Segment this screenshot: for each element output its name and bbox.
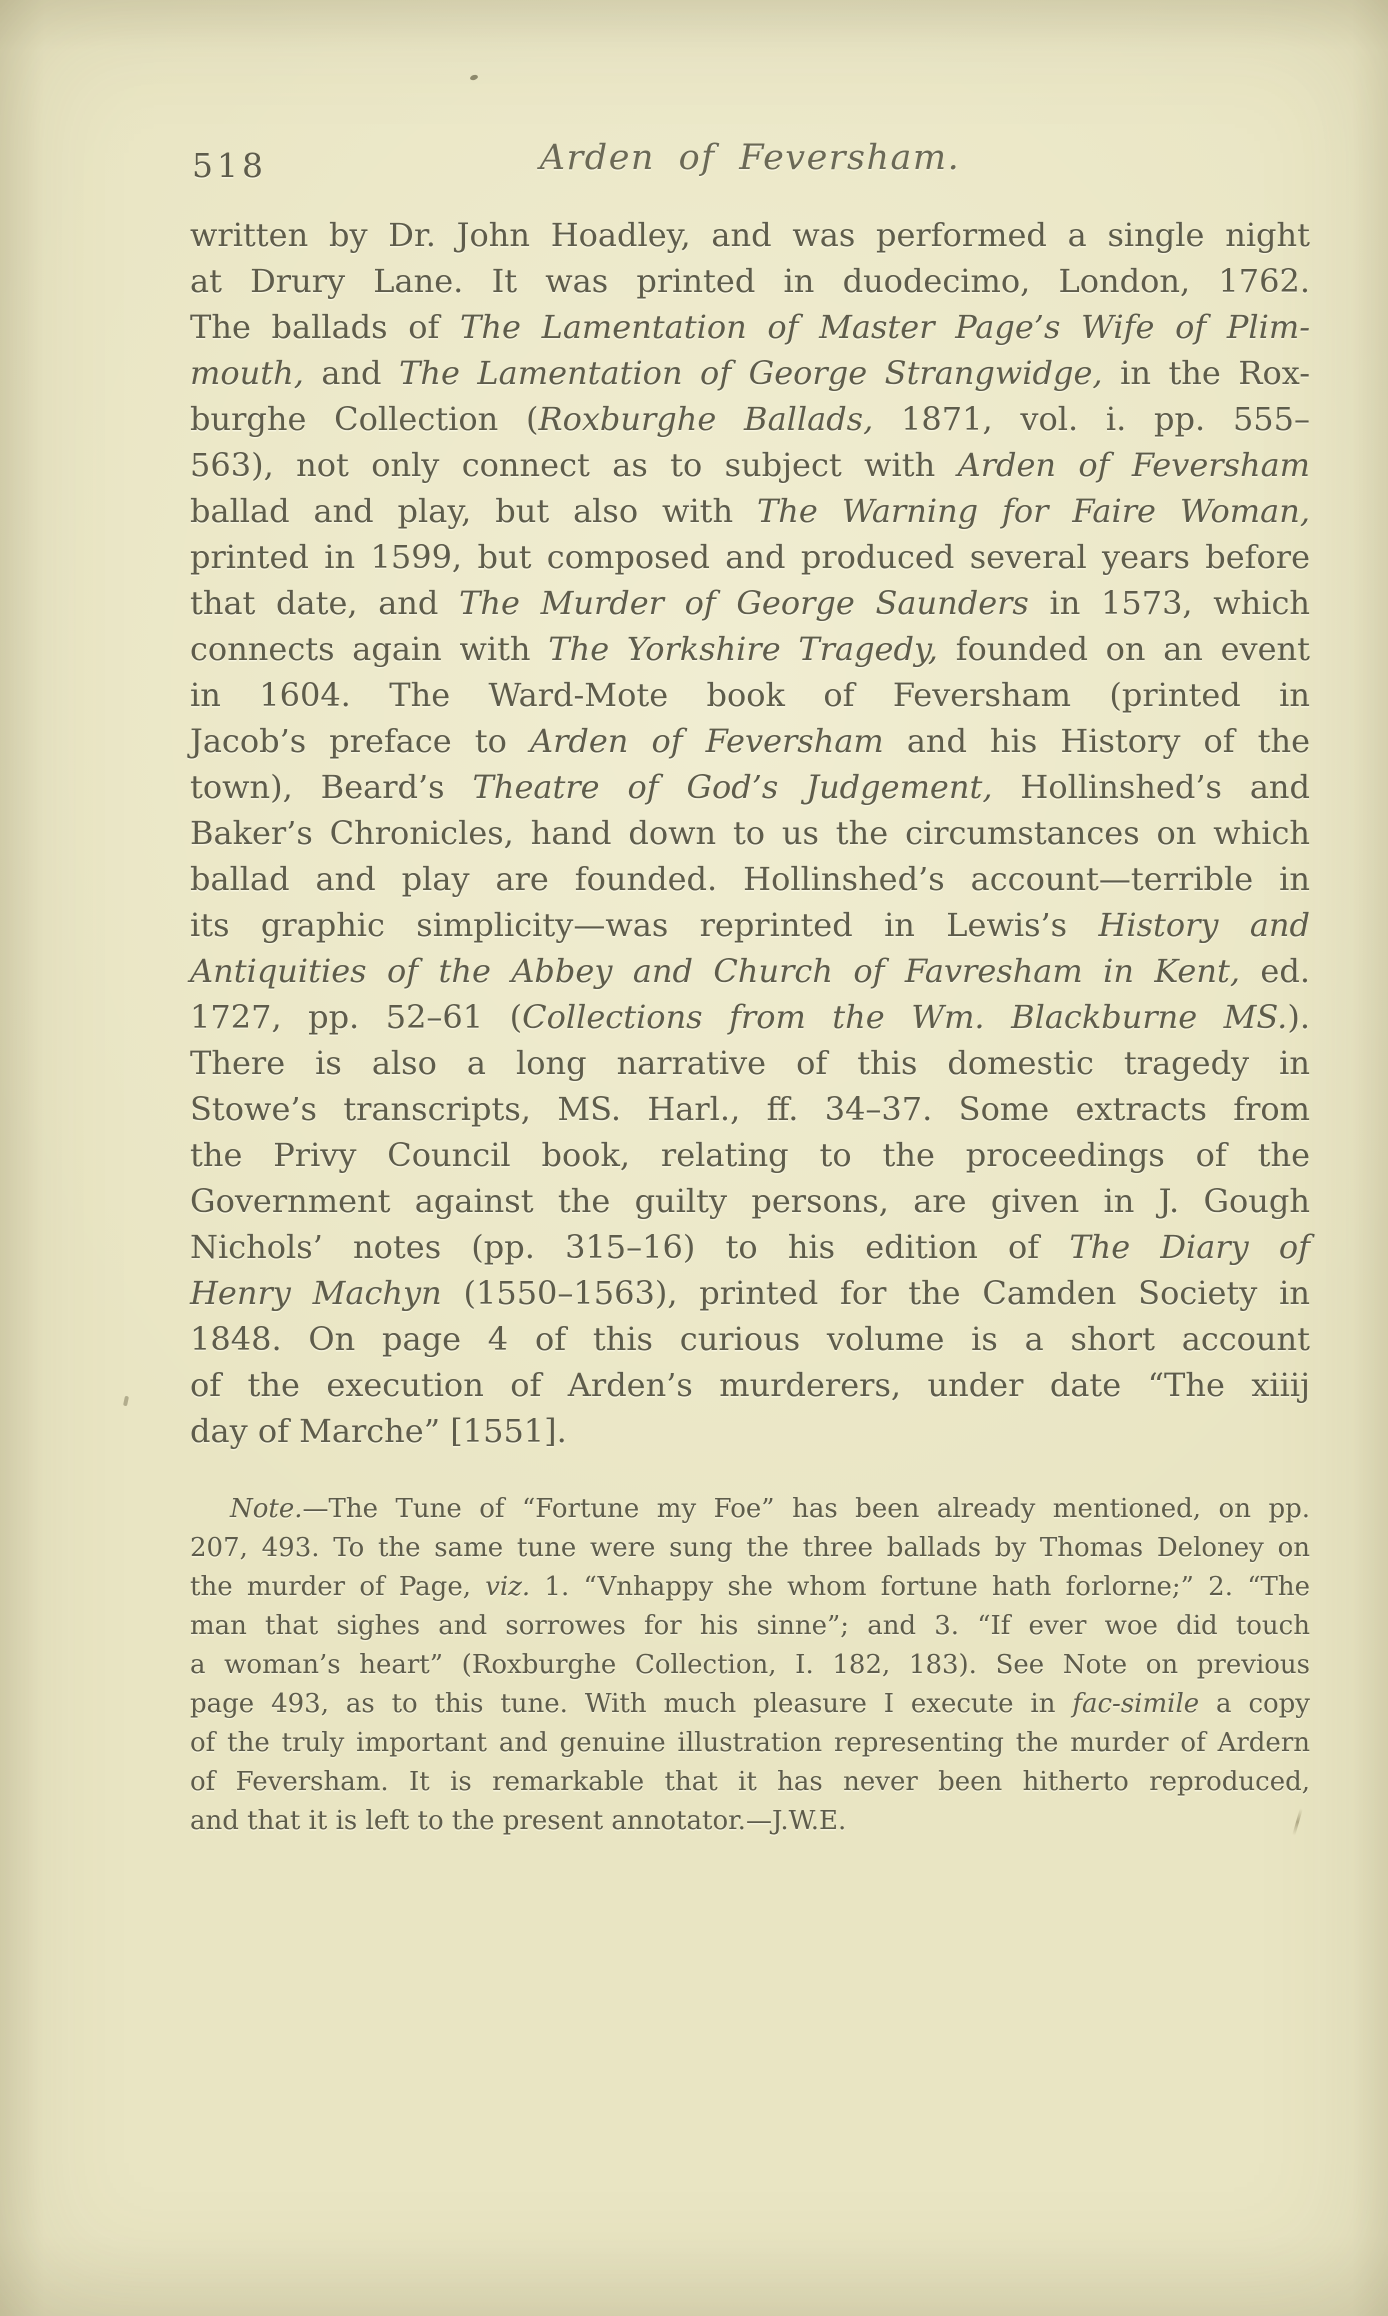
note-text-line: man that sighes and sorrowes for his sin… (190, 1607, 1310, 1646)
body-text: day of Marche” [1551]. (190, 1412, 567, 1450)
body-text-line: The ballads of The Lamentation of Master… (190, 304, 1310, 350)
note-text-line: 207, 493. To the same tune were sung the… (190, 1529, 1310, 1568)
body-text: ed. (1240, 952, 1310, 990)
book-page-scan: 518 Arden of Feversham. written by Dr. J… (0, 0, 1388, 2316)
body-text-line: connects again with The Yorkshire Traged… (190, 626, 1310, 672)
body-text: —The Tune of “Fortune my Foe” has been a… (303, 1494, 1310, 1524)
body-text: Jacob’s preface to (190, 722, 530, 760)
italic-title-text: fac-simile (1072, 1689, 1199, 1719)
italic-title-text: The Diary of (1069, 1228, 1310, 1266)
note-text-line: of Feversham. It is remarkable that it h… (190, 1763, 1310, 1802)
body-text: and that it is left to the present annot… (190, 1806, 846, 1836)
body-text: founded on an event (938, 630, 1310, 668)
body-text: Government against the guilty persons, a… (190, 1182, 1310, 1220)
italic-title-text: Roxburghe Ballads, (538, 400, 873, 438)
body-text: Hollinshed’s and (993, 768, 1311, 806)
running-head: 518 Arden of Feversham. (190, 138, 1310, 198)
body-text-line: its graphic simplicity—was reprinted in … (190, 902, 1310, 948)
body-text-line: Baker’s Chronicles, hand down to us the … (190, 810, 1310, 856)
body-text: man that sighes and sorrowes for his sin… (190, 1611, 1310, 1641)
body-text: Stowe’s transcripts, MS. Harl., ff. 34–3… (190, 1090, 1310, 1128)
body-text-line: town), Beard’s Theatre of God’s Judgemen… (190, 764, 1310, 810)
body-text-line: Nichols’ notes (pp. 315–16) to his editi… (190, 1224, 1310, 1270)
body-text-line: at Drury Lane. It was printed in duodeci… (190, 258, 1310, 304)
body-text: the murder of Page, (190, 1572, 485, 1602)
body-text: in 1604. The Ward-Mote book of Feversham… (190, 676, 1310, 714)
body-text: page 493, as to this tune. With much ple… (190, 1689, 1072, 1719)
note-text-line: the murder of Page, viz. 1. “Vnhappy she… (190, 1568, 1310, 1607)
body-text: The ballads of (190, 308, 460, 346)
body-paragraph: written by Dr. John Hoadley, and was per… (190, 212, 1310, 1454)
body-text: (1550–1563), printed for the Camden Soci… (442, 1274, 1310, 1312)
body-text-line: 1848. On page 4 of this curious volume i… (190, 1316, 1310, 1362)
italic-title-text: Arden of Feversham (530, 722, 884, 760)
body-text: 1727, pp. 52–61 ( (190, 998, 522, 1036)
running-title: Arden of Feversham. (190, 138, 1310, 178)
body-text: 1871, vol. i. pp. 555– (873, 400, 1310, 438)
paper-speck (123, 1396, 129, 1407)
body-text-line: mouth, and The Lamentation of George Str… (190, 350, 1310, 396)
body-text-line: Henry Machyn (1550–1563), printed for th… (190, 1270, 1310, 1316)
body-text-line: ballad and play, but also with The Warni… (190, 488, 1310, 534)
body-text-line: 1727, pp. 52–61 (Collections from the Wm… (190, 994, 1310, 1040)
body-text: of Feversham. It is remarkable that it h… (190, 1767, 1310, 1797)
body-text: of the execution of Arden’s murderers, u… (190, 1366, 1310, 1404)
body-text-line: written by Dr. John Hoadley, and was per… (190, 212, 1310, 258)
body-text: Nichols’ notes (pp. 315–16) to his editi… (190, 1228, 1069, 1266)
italic-title-text: History and (1098, 906, 1310, 944)
body-text-line: printed in 1599, but composed and produc… (190, 534, 1310, 580)
body-text-line: Government against the guilty persons, a… (190, 1178, 1310, 1224)
italic-title-text: The Yorkshire Tragedy, (548, 630, 938, 668)
body-text: at Drury Lane. It was printed in duodeci… (190, 262, 1310, 300)
note-text-line: Note.—The Tune of “Fortune my Foe” has b… (190, 1490, 1310, 1529)
italic-title-text: mouth, (190, 354, 304, 392)
body-text-line: Antiquities of the Abbey and Church of F… (190, 948, 1310, 994)
body-text: the Privy Council book, relating to the … (190, 1136, 1310, 1174)
italic-title-text: The Warning for Faire Woman, (757, 492, 1310, 530)
body-text: a woman’s heart” (Roxburghe Collection, … (190, 1650, 1310, 1680)
body-text: Baker’s Chronicles, hand down to us the … (190, 814, 1310, 852)
body-text-line: that date, and The Murder of George Saun… (190, 580, 1310, 626)
body-text-line: ballad and play are founded. Hollinshed’… (190, 856, 1310, 902)
body-text: that date, and (190, 584, 459, 622)
body-text: printed in 1599, but composed and produc… (190, 538, 1310, 576)
body-text-line: of the execution of Arden’s murderers, u… (190, 1362, 1310, 1408)
body-text: and his History of the (884, 722, 1310, 760)
body-text-line: the Privy Council book, relating to the … (190, 1132, 1310, 1178)
body-text-line: Stowe’s transcripts, MS. Harl., ff. 34–3… (190, 1086, 1310, 1132)
italic-title-text: The Lamentation of Master Page’s Wife of… (460, 308, 1310, 346)
note-text-line: and that it is left to the present annot… (190, 1802, 1310, 1841)
body-text: town), Beard’s (190, 768, 472, 806)
italic-title-text: Henry Machyn (190, 1274, 442, 1312)
body-text-line: in 1604. The Ward-Mote book of Feversham… (190, 672, 1310, 718)
body-text: burghe Collection ( (190, 400, 538, 438)
italic-title-text: The Lamentation of George Strangwidge, (399, 354, 1103, 392)
body-text: 1848. On page 4 of this curious volume i… (190, 1320, 1310, 1358)
italic-title-text: Theatre of God’s Judgement, (472, 768, 992, 806)
italic-title-text: viz. (485, 1572, 530, 1602)
body-text: ). (1287, 998, 1310, 1036)
italic-title-text: The Murder of George Saunders (459, 584, 1029, 622)
italic-title-text: Collections from the Wm. Blackburne MS. (522, 998, 1287, 1036)
note-text-line: a woman’s heart” (Roxburghe Collection, … (190, 1646, 1310, 1685)
body-text: its graphic simplicity—was reprinted in … (190, 906, 1098, 944)
body-text: 207, 493. To the same tune were sung the… (190, 1533, 1310, 1563)
body-text: ballad and play, but also with (190, 492, 757, 530)
note-text-line: page 493, as to this tune. With much ple… (190, 1685, 1310, 1724)
paper-speck (469, 74, 478, 81)
body-text-line: 563), not only connect as to subject wit… (190, 442, 1310, 488)
body-text: a copy (1199, 1689, 1310, 1719)
body-text-line: day of Marche” [1551]. (190, 1408, 1310, 1454)
body-text: written by Dr. John Hoadley, and was per… (190, 216, 1310, 254)
body-text-line: burghe Collection (Roxburghe Ballads, 18… (190, 396, 1310, 442)
italic-title-text: Arden of Feversham (958, 446, 1310, 484)
body-text: of the truly important and genuine illus… (190, 1728, 1310, 1758)
note-text-line: of the truly important and genuine illus… (190, 1724, 1310, 1763)
body-text-line: There is also a long narrative of this d… (190, 1040, 1310, 1086)
body-text: in the Rox- (1103, 354, 1310, 392)
italic-title-text: Note. (230, 1494, 303, 1524)
body-text: 1. “Vnhappy she whom fortune hath forlor… (530, 1572, 1310, 1602)
body-text: in 1573, which (1029, 584, 1310, 622)
body-text: There is also a long narrative of this d… (190, 1044, 1310, 1082)
italic-title-text: Antiquities of the Abbey and Church of F… (190, 952, 1240, 990)
body-text: ballad and play are founded. Hollinshed’… (190, 860, 1310, 898)
note-paragraph: Note.—The Tune of “Fortune my Foe” has b… (190, 1490, 1310, 1841)
body-text-line: Jacob’s preface to Arden of Feversham an… (190, 718, 1310, 764)
body-text: and (304, 354, 399, 392)
body-text: 563), not only connect as to subject wit… (190, 446, 958, 484)
body-text: connects again with (190, 630, 548, 668)
